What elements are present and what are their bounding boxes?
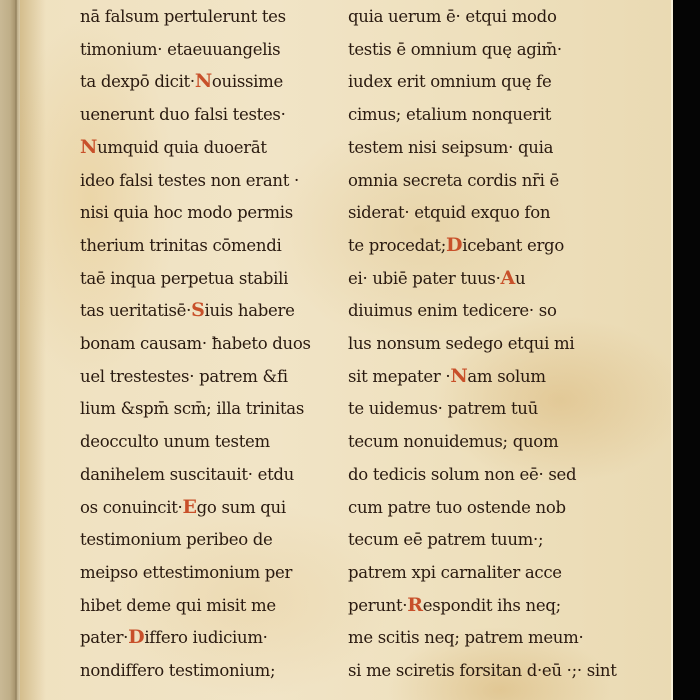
line-text: timonium· etaeuuangelis: [80, 40, 280, 59]
manuscript-line: perunt·Respondit ihs neq;: [348, 595, 561, 616]
line-text: te uidemus· patrem tuū: [348, 399, 538, 418]
line-text: meipso ettestimonium per: [80, 563, 292, 582]
line-text-continued: icebant ergo: [462, 236, 564, 255]
rubricated-initial: N: [450, 365, 467, 387]
line-text: pater·: [80, 628, 128, 647]
line-text: testis ē omnium quę agim̄·: [348, 40, 562, 59]
line-text: bonam causam· ħabeto duos: [80, 334, 311, 353]
manuscript-line: ei· ubiē pater tuus·Au: [348, 268, 525, 289]
line-text: te procedat;: [348, 236, 446, 255]
manuscript-line: testimonium peribeo de: [80, 529, 273, 550]
rubricated-initial: R: [407, 594, 423, 616]
line-text-continued: ouissime: [212, 72, 283, 91]
manuscript-line: therium trinitas cōmendi: [80, 235, 281, 256]
line-text-continued: iffero iudicium·: [144, 628, 267, 647]
manuscript-line: uel trestestes· patrem &fi: [80, 366, 288, 387]
line-text: cum patre tuo ostende nob: [348, 498, 566, 517]
manuscript-line: ta dexpō dicit·Nouissime: [80, 71, 283, 92]
binding-gutter: [0, 0, 20, 700]
gutter-shadow: [20, 0, 46, 700]
line-text: perunt·: [348, 596, 407, 615]
manuscript-line: tecum nonuidemus; quom: [348, 431, 558, 452]
manuscript-line: omnia secreta cordis nr̄i ē: [348, 170, 559, 191]
manuscript-line: nondiffero testimonium;: [80, 660, 275, 681]
manuscript-line: do tedicis solum non eē· sed: [348, 464, 576, 485]
line-text: cimus; etalium nonquerit: [348, 105, 551, 124]
manuscript-line: testem nisi seipsum· quia: [348, 137, 553, 158]
line-text: nisi quia hoc modo permis: [80, 203, 293, 222]
manuscript-line: pater·Differo iudicium·: [80, 627, 268, 648]
line-text: siderat· etquid exquo fon: [348, 203, 550, 222]
manuscript-line: si me sciretis forsitan d·eū ·;· sint: [348, 660, 617, 681]
manuscript-line: os conuincit·Ego sum qui: [80, 497, 286, 518]
manuscript-line: nā falsum pertulerunt tes: [80, 6, 286, 27]
manuscript-line: Numquid quia duoerāt: [80, 137, 267, 158]
line-text: therium trinitas cōmendi: [80, 236, 281, 255]
line-text: me scitis neq; patrem meum·: [348, 628, 583, 647]
gutter-fold-line: [15, 0, 17, 700]
line-text: patrem xpi carnaliter acce: [348, 563, 562, 582]
manuscript-line: ideo falsi testes non erant ·: [80, 170, 299, 191]
manuscript-line: uenerunt duo falsi testes·: [80, 104, 286, 125]
manuscript-line: tas ueritatisē·Siuis habere: [80, 300, 295, 321]
manuscript-line: siderat· etquid exquo fon: [348, 202, 550, 223]
line-text: ei· ubiē pater tuus·: [348, 269, 501, 288]
line-text: sit mepater ·: [348, 367, 450, 386]
line-text: lium &spm̄ scm̄; illa trinitas: [80, 399, 304, 418]
manuscript-line: cum patre tuo ostende nob: [348, 497, 566, 518]
line-text: iudex erit omnium quę fe: [348, 72, 551, 91]
line-text: si me sciretis forsitan d·eū ·;· sint: [348, 661, 617, 680]
black-background-margin: [673, 0, 700, 700]
rubricated-initial: D: [446, 234, 462, 256]
line-text: ta dexpō dicit·: [80, 72, 195, 91]
manuscript-line: hibet deme qui misit me: [80, 595, 276, 616]
manuscript-line: tecum eē patrem tuum·;: [348, 529, 543, 550]
line-text: nondiffero testimonium;: [80, 661, 275, 680]
line-text-continued: go sum qui: [197, 498, 286, 517]
manuscript-line: bonam causam· ħabeto duos: [80, 333, 311, 354]
line-text: os conuincit·: [80, 498, 182, 517]
line-text: do tedicis solum non eē· sed: [348, 465, 576, 484]
line-text: testimonium peribeo de: [80, 530, 273, 549]
manuscript-line: timonium· etaeuuangelis: [80, 39, 280, 60]
line-text: lus nonsum sedego etqui mi: [348, 334, 574, 353]
line-text: taē inqua perpetua stabili: [80, 269, 288, 288]
manuscript-line: deocculto unum testem: [80, 431, 270, 452]
line-text: omnia secreta cordis nr̄i ē: [348, 171, 559, 190]
rubricated-initial: E: [182, 496, 196, 518]
line-text: danihelem suscitauit· etdu: [80, 465, 294, 484]
line-text: ideo falsi testes non erant ·: [80, 171, 299, 190]
manuscript-line: patrem xpi carnaliter acce: [348, 562, 562, 583]
line-text: tas ueritatisē·: [80, 301, 191, 320]
parchment-page: nā falsum pertulerunt testimonium· etaeu…: [0, 0, 672, 700]
line-text: deocculto unum testem: [80, 432, 270, 451]
line-text: uenerunt duo falsi testes·: [80, 105, 286, 124]
manuscript-line: te procedat;Dicebant ergo: [348, 235, 564, 256]
manuscript-line: meipso ettestimonium per: [80, 562, 292, 583]
manuscript-line: lium &spm̄ scm̄; illa trinitas: [80, 398, 304, 419]
manuscript-line: me scitis neq; patrem meum·: [348, 627, 583, 648]
manuscript-line: taē inqua perpetua stabili: [80, 268, 288, 289]
manuscript-line: te uidemus· patrem tuū: [348, 398, 538, 419]
rubricated-initial: N: [80, 136, 97, 158]
line-text-continued: umquid quia duoerāt: [97, 138, 267, 157]
manuscript-line: diuimus enim tedicere· so: [348, 300, 557, 321]
line-text: quia uerum ē· etqui modo: [348, 7, 557, 26]
manuscript-line: sit mepater ·Nam solum: [348, 366, 546, 387]
line-text: tecum nonuidemus; quom: [348, 432, 558, 451]
line-text: diuimus enim tedicere· so: [348, 301, 557, 320]
line-text: uel trestestes· patrem &fi: [80, 367, 288, 386]
rubricated-initial: A: [501, 267, 515, 289]
manuscript-line: testis ē omnium quę agim̄·: [348, 39, 562, 60]
line-text-continued: iuis habere: [205, 301, 295, 320]
manuscript-line: danihelem suscitauit· etdu: [80, 464, 294, 485]
manuscript-line: lus nonsum sedego etqui mi: [348, 333, 574, 354]
line-text-continued: u: [515, 269, 525, 288]
line-text: testem nisi seipsum· quia: [348, 138, 553, 157]
rubricated-initial: S: [191, 299, 204, 321]
line-text-continued: am solum: [467, 367, 545, 386]
line-text-continued: espondit ihs neq;: [423, 596, 561, 615]
manuscript-line: iudex erit omnium quę fe: [348, 71, 551, 92]
rubricated-initial: N: [195, 70, 212, 92]
manuscript-line: cimus; etalium nonquerit: [348, 104, 551, 125]
manuscript-line: quia uerum ē· etqui modo: [348, 6, 557, 27]
rubricated-initial: D: [128, 626, 144, 648]
manuscript-line: nisi quia hoc modo permis: [80, 202, 293, 223]
line-text: tecum eē patrem tuum·;: [348, 530, 543, 549]
line-text: nā falsum pertulerunt tes: [80, 7, 286, 26]
line-text: hibet deme qui misit me: [80, 596, 276, 615]
